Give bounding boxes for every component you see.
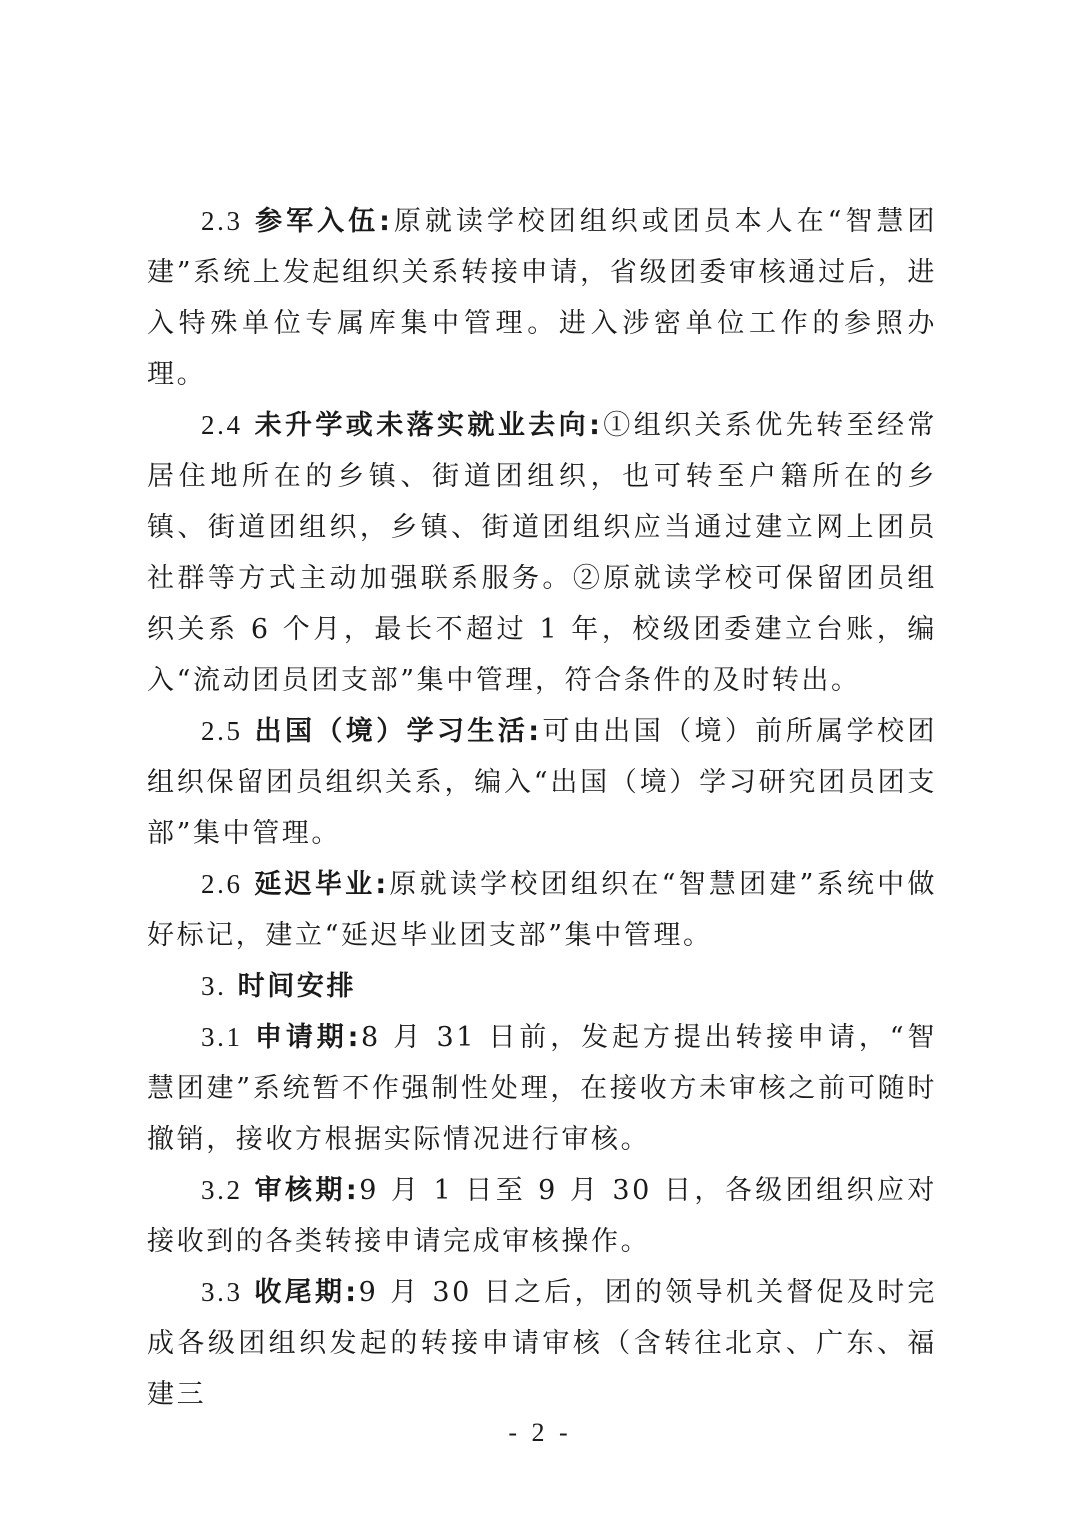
paragraph-number: 2.3 [201, 206, 243, 236]
paragraph-heading: 出国（境）学习生活: [255, 716, 542, 747]
paragraph-3-3: 3.3 收尾期:9 月 30 日之后，团的领导机关督促及时完成各级团组织发起的转… [147, 1267, 937, 1420]
paragraph-3-1: 3.1 申请期:8 月 31 日前，发起方提出转接申请，“智慧团建”系统暂不作强… [147, 1012, 937, 1165]
paragraph-heading: 延迟毕业: [254, 869, 388, 900]
section-title: 时间安排 [238, 971, 356, 1002]
paragraph-number: 3.3 [201, 1277, 243, 1307]
paragraph-number: 2.4 [201, 410, 243, 440]
paragraph-heading: 审核期: [255, 1175, 360, 1206]
paragraph-2-5: 2.5 出国（境）学习生活:可由出国（境）前所属学校团组织保留团员组织关系，编入… [147, 706, 937, 859]
paragraph-heading: 收尾期: [254, 1277, 358, 1308]
paragraph-number: 3.2 [201, 1175, 243, 1205]
paragraph-heading: 申请期: [255, 1022, 361, 1053]
paragraph-heading: 参军入伍: [255, 206, 392, 237]
paragraph-2-4: 2.4 未升学或未落实就业去向:①组织关系优先转至经常居住地所在的乡镇、街道团组… [147, 400, 937, 706]
section-heading-3: 3. 时间安排 [147, 961, 937, 1012]
paragraph-2-6: 2.6 延迟毕业:原就读学校团组织在“智慧团建”系统中做好标记，建立“延迟毕业团… [147, 859, 937, 961]
paragraph-heading: 未升学或未落实就业去向: [255, 410, 603, 441]
document-page: 2.3 参军入伍:原就读学校团组织或团员本人在“智慧团建”系统上发起组织关系转接… [147, 196, 937, 1420]
paragraph-2-3: 2.3 参军入伍:原就读学校团组织或团员本人在“智慧团建”系统上发起组织关系转接… [147, 196, 937, 400]
paragraph-number: 3.1 [201, 1022, 243, 1052]
paragraph-number: 2.5 [201, 716, 243, 746]
paragraph-number: 2.6 [201, 869, 243, 899]
section-number: 3. [201, 971, 226, 1001]
paragraph-body: ①组织关系优先转至经常居住地所在的乡镇、街道团组织，也可转至户籍所在的乡镇、街道… [147, 410, 937, 696]
paragraph-3-2: 3.2 审核期:9 月 1 日至 9 月 30 日，各级团组织应对接收到的各类转… [147, 1165, 937, 1267]
page-number: - 2 - [0, 1418, 1080, 1448]
